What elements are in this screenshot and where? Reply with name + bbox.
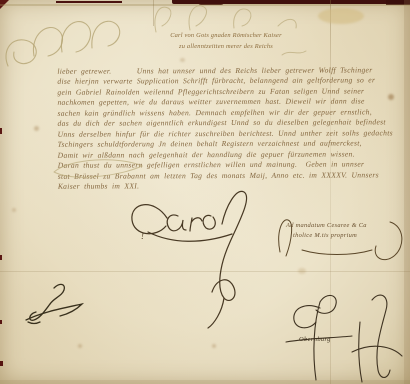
background-edge-top-thin	[56, 1, 122, 3]
secretary-monogram-flourish	[20, 280, 90, 328]
chancery-signature-flourish	[276, 292, 410, 384]
manuscript-line: das du dich der sachen aigenntlich erkun…	[58, 117, 408, 129]
background-speck-left-1	[0, 128, 2, 134]
header-swash	[282, 48, 308, 58]
foxing-spot-7	[298, 268, 306, 274]
countersignature-line-1: Ad mandatum Cesaree & Ca	[286, 221, 367, 230]
foxing-spot-2	[34, 126, 39, 131]
background-edge-top-right	[386, 0, 410, 5]
manuscript-line: nachkomen gepetten, wie du daraus weitte…	[57, 96, 407, 108]
royal-signature-flourish	[112, 180, 282, 332]
countersignature-line-2: tholice M.tis proprium	[293, 231, 357, 240]
foxing-spot-6	[180, 58, 185, 62]
manuscript-line: dise hierjnn verwarte Supplication Schri…	[57, 75, 407, 87]
document-photo: Carl von Gots gnaden Römischer Kaiser zu…	[0, 0, 410, 384]
background-speck-left-4	[0, 361, 3, 366]
foxing-spot-3	[78, 344, 82, 348]
manuscript-line: Tschingers schuldtforderung Jn deinen be…	[58, 138, 408, 150]
foxing-spot-4	[212, 344, 216, 348]
pen-mark: !	[141, 231, 144, 241]
secretary-signature-name: Obernburg	[299, 336, 331, 343]
ink-stain	[318, 8, 364, 24]
calligraphic-flourish	[0, 4, 140, 74]
background-speck-left-2	[0, 255, 2, 260]
header-line-1: Carl von Gots gnaden Römischer Kaiser	[141, 31, 311, 41]
foxing-spot-5	[12, 208, 16, 212]
background-speck-left-3	[0, 320, 2, 324]
